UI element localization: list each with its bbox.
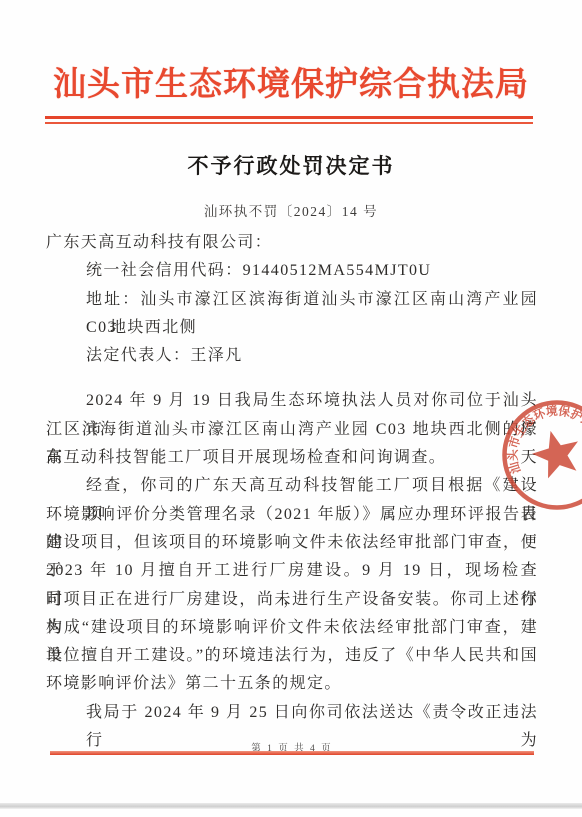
body-line: 经查，你司的广东天高互动科技智能工厂项目根据《建设项目: [46, 472, 538, 500]
document-number: 汕环执不罚〔2024〕14 号: [0, 200, 582, 220]
agency-letterhead: 汕头市生态环境保护综合执法局: [0, 58, 582, 105]
star-icon: [532, 431, 578, 478]
body-line: 广东天高互动科技有限公司：: [46, 229, 538, 257]
body-line: 环境影响评价分类管理名录（2021 年版）》属应办理环评报告表的: [46, 501, 538, 529]
letterhead-rule: [45, 116, 533, 124]
body-line: 构成“建设项目的环境影响评价文件未依法经审批部门审查，建设: [46, 614, 538, 642]
body-line: 环境影响评价法》第二十五条的规定。: [46, 670, 538, 698]
body-line: 司项目正在进行厂房建设，尚未进行生产设备安装。你司上述行为: [46, 586, 538, 614]
body-line: 法定代表人：王泽凡: [46, 342, 538, 370]
body-line: 地块西北侧: [46, 314, 538, 342]
body-lines: 广东天高互动科技有限公司：统一社会信用代码：91440512MA554MJT0U…: [46, 229, 538, 727]
document-title: 不予行政处罚决定书: [0, 150, 582, 180]
body-line: 我局于 2024 年 9 月 25 日向你司依法送达《责令改正违法行为: [46, 699, 538, 727]
body-line: 江区滨海街道汕头市濠江区南山湾产业园 C03 地块西北侧的广东天: [46, 416, 538, 444]
scan-edge-shadow: [0, 803, 582, 809]
scanned-document-page: 汕头市生态环境保护综合执法局 不予行政处罚决定书 汕环执不罚〔2024〕14 号…: [0, 0, 582, 817]
body-line: 地址：汕头市濠江区滨海街道汕头市濠江区南山湾产业园 C03: [46, 286, 538, 314]
body-line: 2023 年 10 月擅自开工进行厂房建设。9 月 19 日，现场检查时，你: [46, 557, 538, 585]
body-line: 单位擅自开工建设。”的环境违法行为，违反了《中华人民共和国: [46, 642, 538, 670]
body-line: 建设项目，但该项目的环境影响文件未依法经审批部门审查，便于: [46, 529, 538, 557]
body-line: 2024 年 9 月 19 日我局生态环境执法人员对你司位于汕头市濠: [46, 387, 538, 415]
footer-rule: [50, 751, 534, 755]
body-line: 统一社会信用代码：91440512MA554MJT0U: [46, 257, 538, 285]
